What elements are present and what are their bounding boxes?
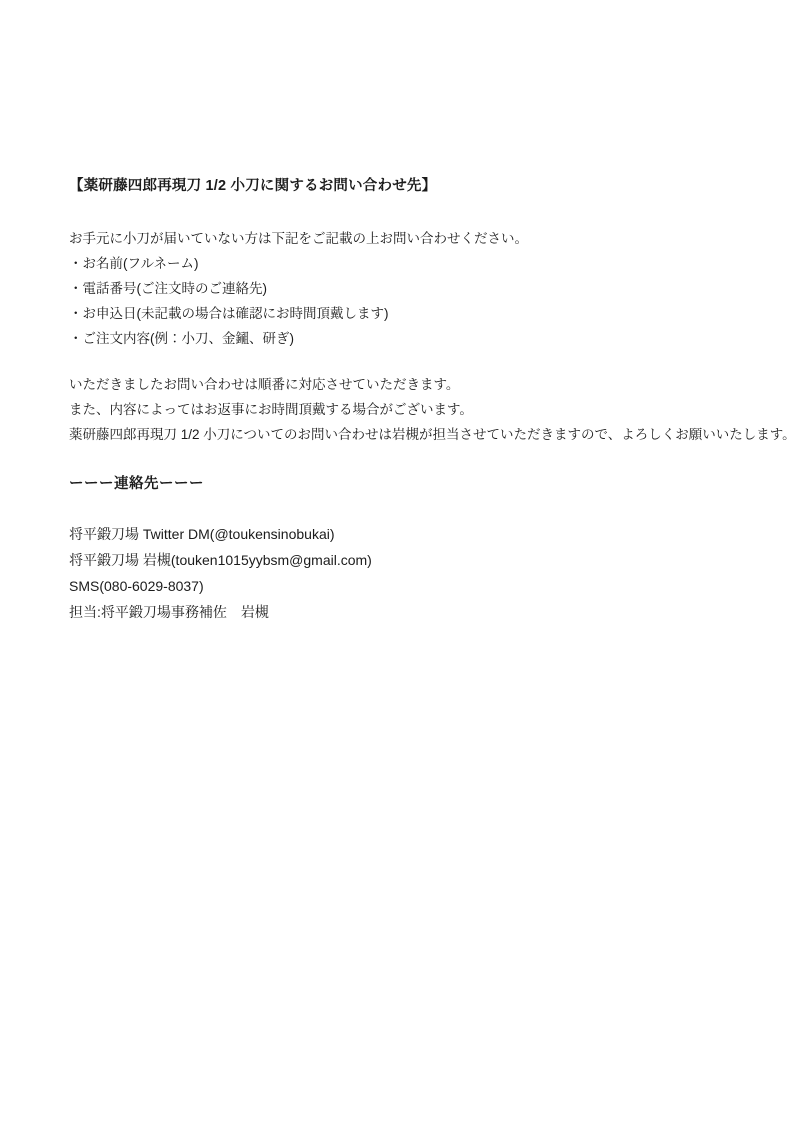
note-response-order: いただきましたお問い合わせは順番に対応させていただきます。	[69, 372, 744, 397]
note-response-time: また、内容によってはお返事にお時間頂戴する場合がございます。	[69, 397, 744, 422]
request-item-application-date: ・お申込日(未記載の場合は確認にお時間頂戴します)	[69, 301, 744, 326]
request-item-name: ・お名前(フルネーム)	[69, 251, 744, 276]
request-intro-text: お手元に小刀が届いていない方は下記をご記載の上お問い合わせください。	[69, 226, 744, 251]
notes-section: いただきましたお問い合わせは順番に対応させていただきます。 また、内容によっては…	[69, 372, 744, 447]
request-item-phone: ・電話番号(ご注文時のご連絡先)	[69, 276, 744, 301]
note-person-in-charge: 薬研藤四郎再現刀 1/2 小刀についてのお問い合わせは岩槻が担当させていただきま…	[69, 422, 744, 447]
contact-person-name: 担当:将平鍛刀場事務補佐 岩槻	[69, 599, 744, 625]
contact-sms-number: SMS(080-6029-8037)	[69, 573, 744, 599]
request-item-order-contents: ・ご注文内容(例：小刀、金鎺、研ぎ)	[69, 326, 744, 351]
contact-twitter-dm: 将平鍛刀場 Twitter DM(@toukensinobukai)	[69, 521, 744, 547]
document-title: 【薬研藤四郎再現刀 1/2 小刀に関するお問い合わせ先】	[69, 177, 744, 196]
document-page: 【薬研藤四郎再現刀 1/2 小刀に関するお問い合わせ先】 お手元に小刀が届いてい…	[0, 0, 800, 1131]
contact-heading: ーーー連絡先ーーー	[69, 474, 744, 494]
contact-section: 将平鍛刀場 Twitter DM(@toukensinobukai) 将平鍛刀場…	[69, 521, 744, 625]
request-info-section: お手元に小刀が届いていない方は下記をご記載の上お問い合わせください。 ・お名前(…	[69, 226, 744, 351]
contact-email: 将平鍛刀場 岩槻(touken1015yybsm@gmail.com)	[69, 547, 744, 573]
